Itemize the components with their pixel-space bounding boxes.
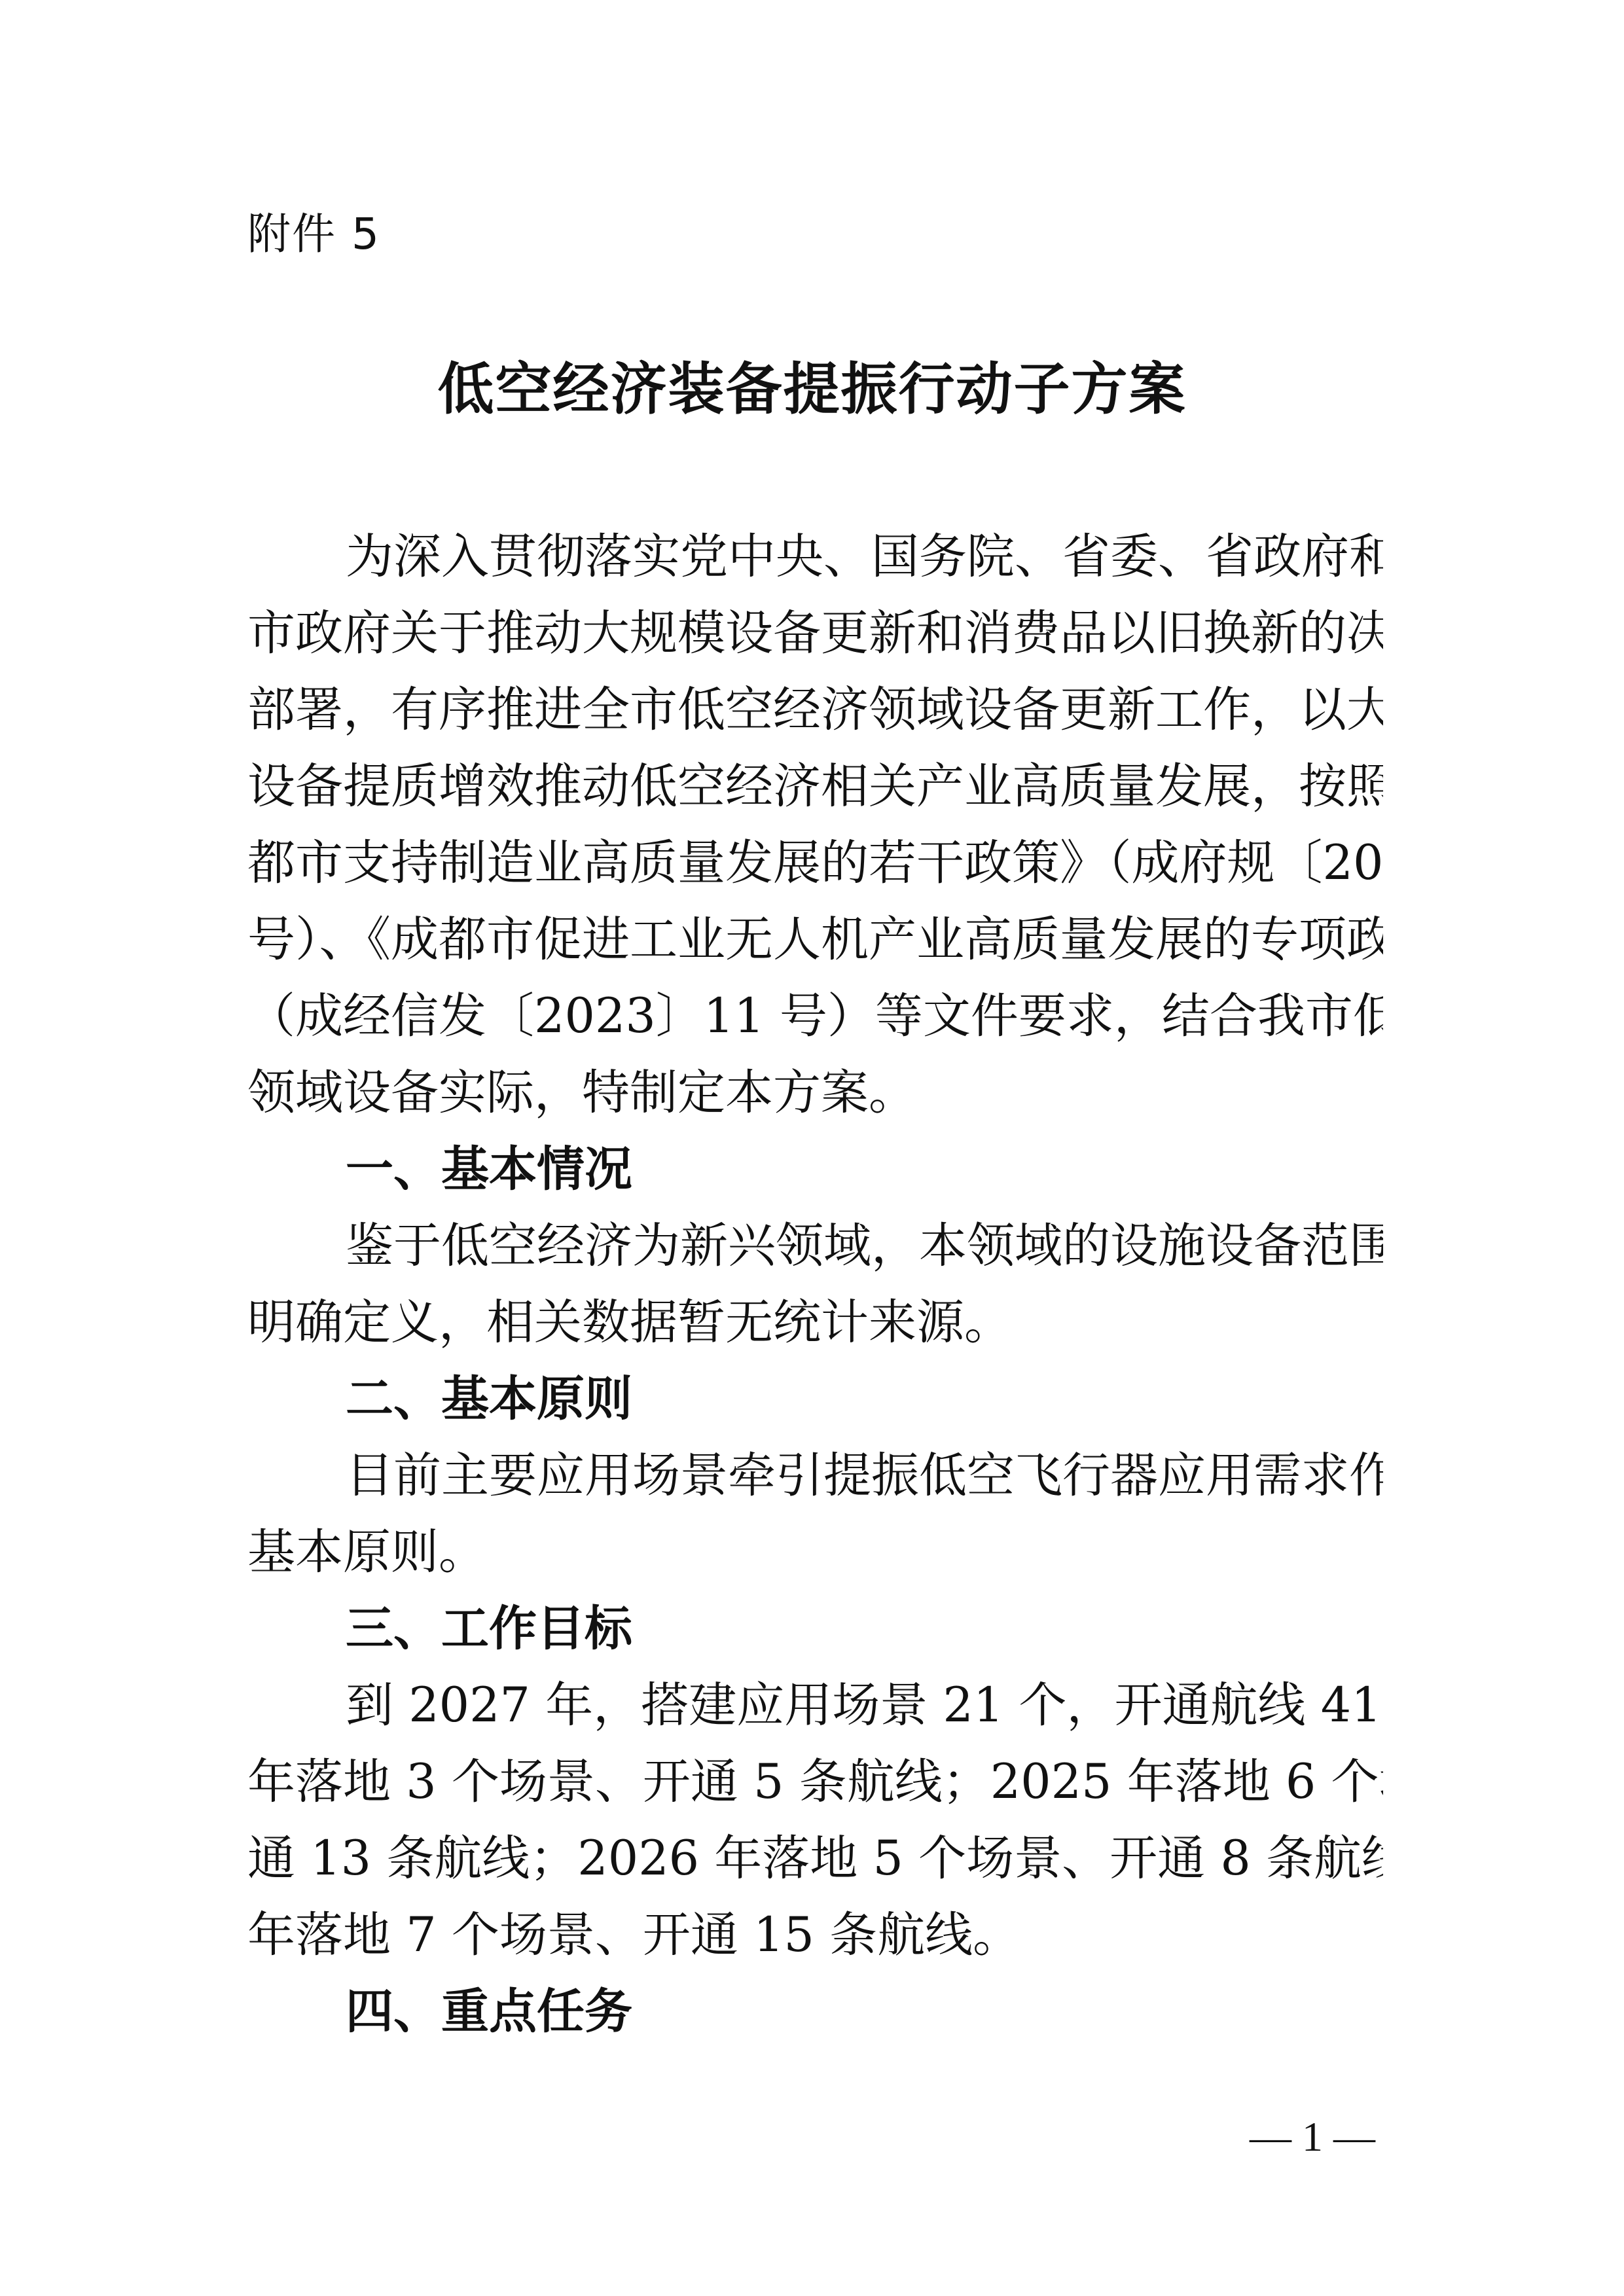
text-line: 到 2027 年，搭建应用场景 21 个，开通航线 41 条。2024 xyxy=(247,1667,1383,1744)
section-basic-situation: 一、基本情况 鉴于低空经济为新兴领域，本领域的设施设备范围暂无 明确定义，相关数… xyxy=(247,1131,1383,1361)
text-line: 通 13 条航线；2026 年落地 5 个场景、开通 8 条航线；2027 xyxy=(247,1820,1383,1897)
page-number: — 1 — xyxy=(1244,2111,1381,2163)
section-heading: 二、基本原则 xyxy=(247,1361,1383,1437)
attachment-label: 附件 5 xyxy=(247,208,380,260)
text-line: 市政府关于推动大规模设备更新和消费品以旧换新的决策 xyxy=(247,595,1383,672)
text-line: 年落地 7 个场景、开通 15 条航线。 xyxy=(247,1897,1383,1973)
text-line: 为深入贯彻落实党中央、国务院、省委、省政府和市委、 xyxy=(247,518,1383,595)
text-line: 年落地 3 个场景、开通 5 条航线；2025 年落地 6 个场景、开 xyxy=(247,1744,1383,1820)
text-line: 基本原则。 xyxy=(247,1514,1383,1590)
text-line: 明确定义，相关数据暂无统计来源。 xyxy=(247,1284,1383,1361)
text-line: （成经信发〔2023〕11 号）等文件要求，结合我市低空经济 xyxy=(247,978,1383,1054)
intro-paragraph: 为深入贯彻落实党中央、国务院、省委、省政府和市委、 市政府关于推动大规模设备更新… xyxy=(247,518,1383,1131)
text-line: 目前主要应用场景牵引提振低空飞行器应用需求作为 xyxy=(247,1437,1383,1514)
section-basic-principles: 二、基本原则 目前主要应用场景牵引提振低空飞行器应用需求作为 基本原则。 xyxy=(247,1361,1383,1590)
text-line: 设备提质增效推动低空经济相关产业高质量发展，按照《成 xyxy=(247,748,1383,825)
document-title: 低空经济装备提振行动子方案 xyxy=(0,353,1624,425)
section-key-tasks: 四、重点任务 xyxy=(247,1973,1383,2050)
text-line: 号）、《成都市促进工业无人机产业高质量发展的专项政策》 xyxy=(247,901,1383,978)
text-line: 领域设备实际，特制定本方案。 xyxy=(247,1054,1383,1131)
section-heading: 三、工作目标 xyxy=(247,1590,1383,1667)
text-line: 都市支持制造业高质量发展的若干政策》（成府规〔2023〕2 xyxy=(247,825,1383,901)
section-heading: 四、重点任务 xyxy=(247,1973,1383,2050)
document-body: 为深入贯彻落实党中央、国务院、省委、省政府和市委、 市政府关于推动大规模设备更新… xyxy=(247,518,1383,2050)
section-work-goals: 三、工作目标 到 2027 年，搭建应用场景 21 个，开通航线 41 条。20… xyxy=(247,1590,1383,1973)
text-line: 鉴于低空经济为新兴领域，本领域的设施设备范围暂无 xyxy=(247,1208,1383,1284)
text-line: 部署，有序推进全市低空经济领域设备更新工作，以大规模 xyxy=(247,672,1383,748)
document-page: 附件 5 低空经济装备提振行动子方案 为深入贯彻落实党中央、国务院、省委、省政府… xyxy=(0,0,1624,2296)
section-heading: 一、基本情况 xyxy=(247,1131,1383,1208)
